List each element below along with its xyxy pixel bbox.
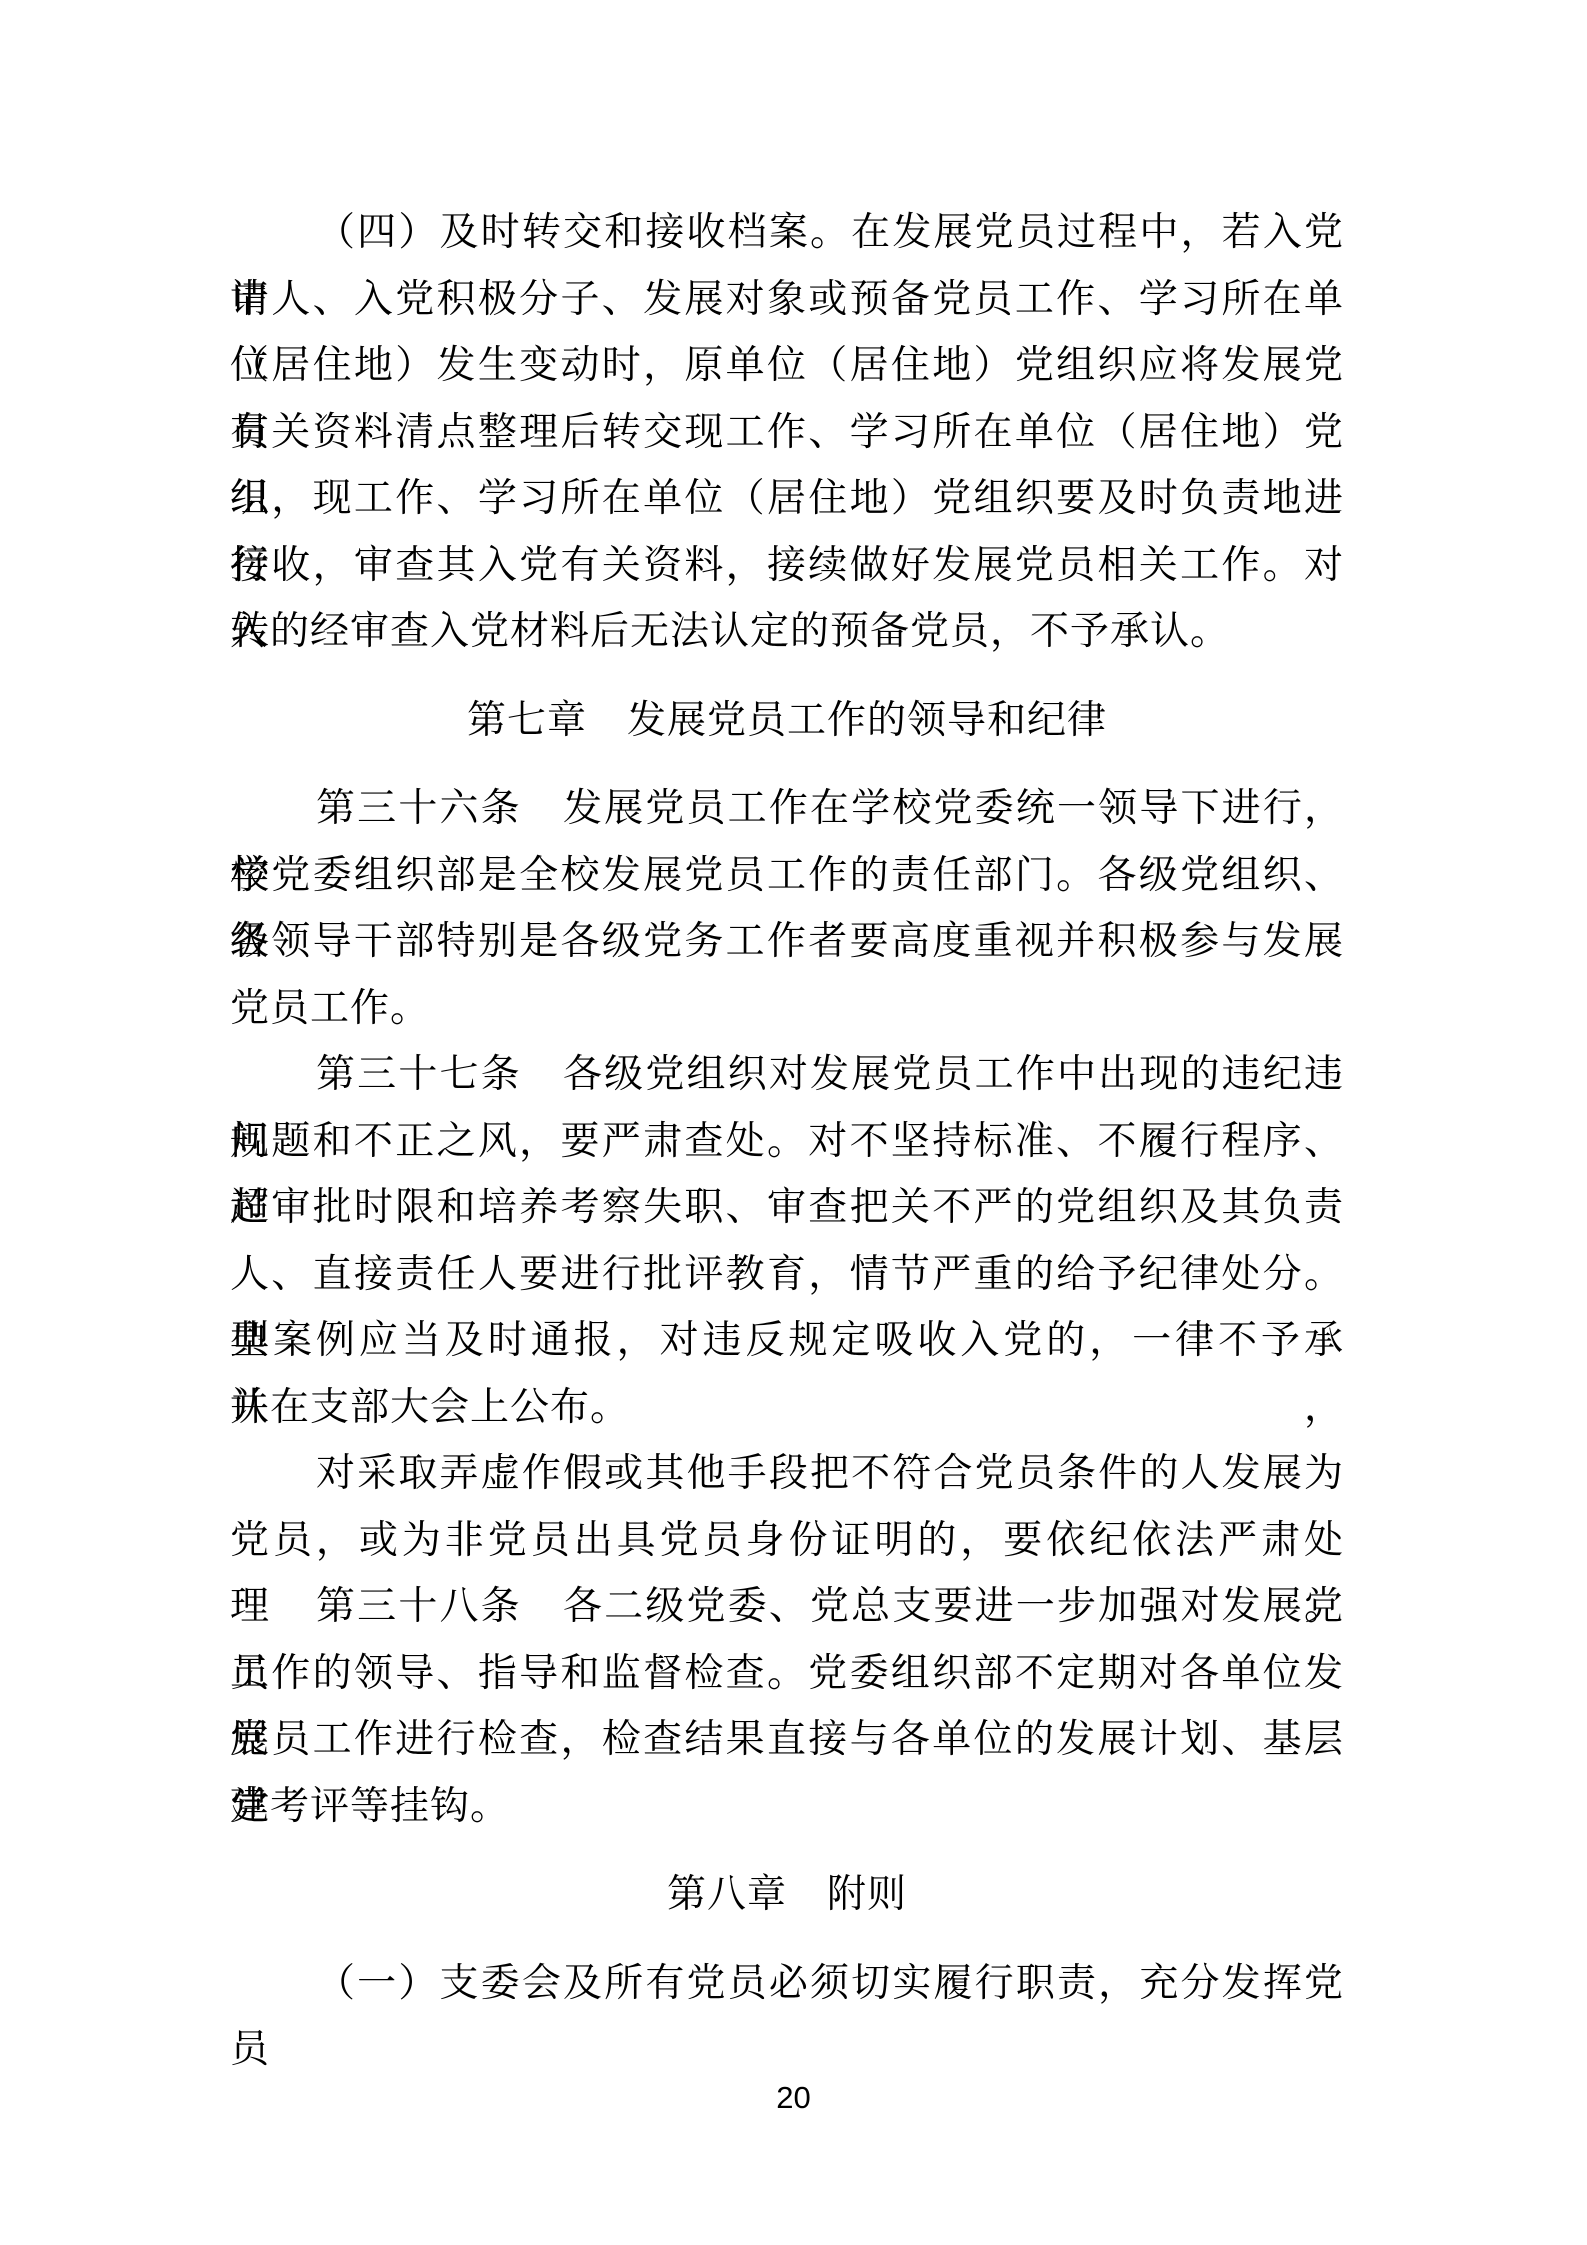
body-line: 第三十七条 各级党组织对发展党员工作中出现的违纪违规 <box>230 1042 1344 1109</box>
body-line: 第三十八条 各二级党委、党总支要进一步加强对发展党员 <box>230 1574 1344 1641</box>
body-line: （四）及时转交和接收档案。在发展党员过程中，若入党申 <box>230 200 1344 267</box>
body-line: 党员工作进行检查，检查结果直接与各单位的发展计划、基层党 <box>230 1707 1344 1774</box>
body-line: 型案例应当及时通报，对违反规定吸收入党的，一律不予承认， <box>230 1308 1344 1375</box>
body-line: 过审批时限和培养考察失职、审查把关不严的党组织及其负责 <box>230 1175 1344 1242</box>
body-line: 级领导干部特别是各级党务工作者要高度重视并积极参与发展 <box>230 909 1344 976</box>
body-line: 第三十六条 发展党员工作在学校党委统一领导下进行，学 <box>230 776 1344 843</box>
body-line: 有关资料清点整理后转交现工作、学习所在单位（居住地）党组 <box>230 400 1344 467</box>
body-line: 接收，审查其入党有关资料，接续做好发展党员相关工作。对转 <box>230 533 1344 600</box>
document-page: （四）及时转交和接收档案。在发展党员过程中，若入党申请人、入党积极分子、发展对象… <box>0 0 1587 2245</box>
body-line: 织，现工作、学习所在单位（居住地）党组织要及时负责地进行 <box>230 466 1344 533</box>
body-line: 人、直接责任人要进行批评教育，情节严重的给予纪律处分。典 <box>230 1242 1344 1309</box>
page-number: 20 <box>0 2076 1587 2120</box>
body-line: 对采取弄虚作假或其他手段把不符合党员条件的人发展为 <box>230 1441 1344 1508</box>
body-line: 工作的领导、指导和监督检查。党委组织部不定期对各单位发展 <box>230 1641 1344 1708</box>
body-line: 党员工作。 <box>230 976 1344 1043</box>
body-line: 入的经审查入党材料后无法认定的预备党员，不予承认。 <box>230 599 1344 666</box>
body-line: （一）支委会及所有党员必须切实履行职责，充分发挥党员 <box>230 1951 1344 2018</box>
body-line: 党员，或为非党员出具党员身份证明的，要依纪依法严肃处理。 <box>230 1508 1344 1575</box>
body-line: 问题和不正之风，要严肃查处。对不坚持标准、不履行程序、超 <box>230 1109 1344 1176</box>
body-line: 校党委组织部是全校发展党员工作的责任部门。各级党组织、各 <box>230 843 1344 910</box>
document-body: （四）及时转交和接收档案。在发展党员过程中，若入党申请人、入党积极分子、发展对象… <box>230 200 1344 2017</box>
body-line: 建考评等挂钩。 <box>230 1774 1344 1841</box>
body-line: （居住地）发生变动时，原单位（居住地）党组织应将发展党员 <box>230 333 1344 400</box>
body-line: 请人、入党积极分子、发展对象或预备党员工作、学习所在单位 <box>230 267 1344 334</box>
chapter-heading: 第八章 附则 <box>230 1862 1344 1929</box>
chapter-heading: 第七章 发展党员工作的领导和纪律 <box>230 688 1344 755</box>
